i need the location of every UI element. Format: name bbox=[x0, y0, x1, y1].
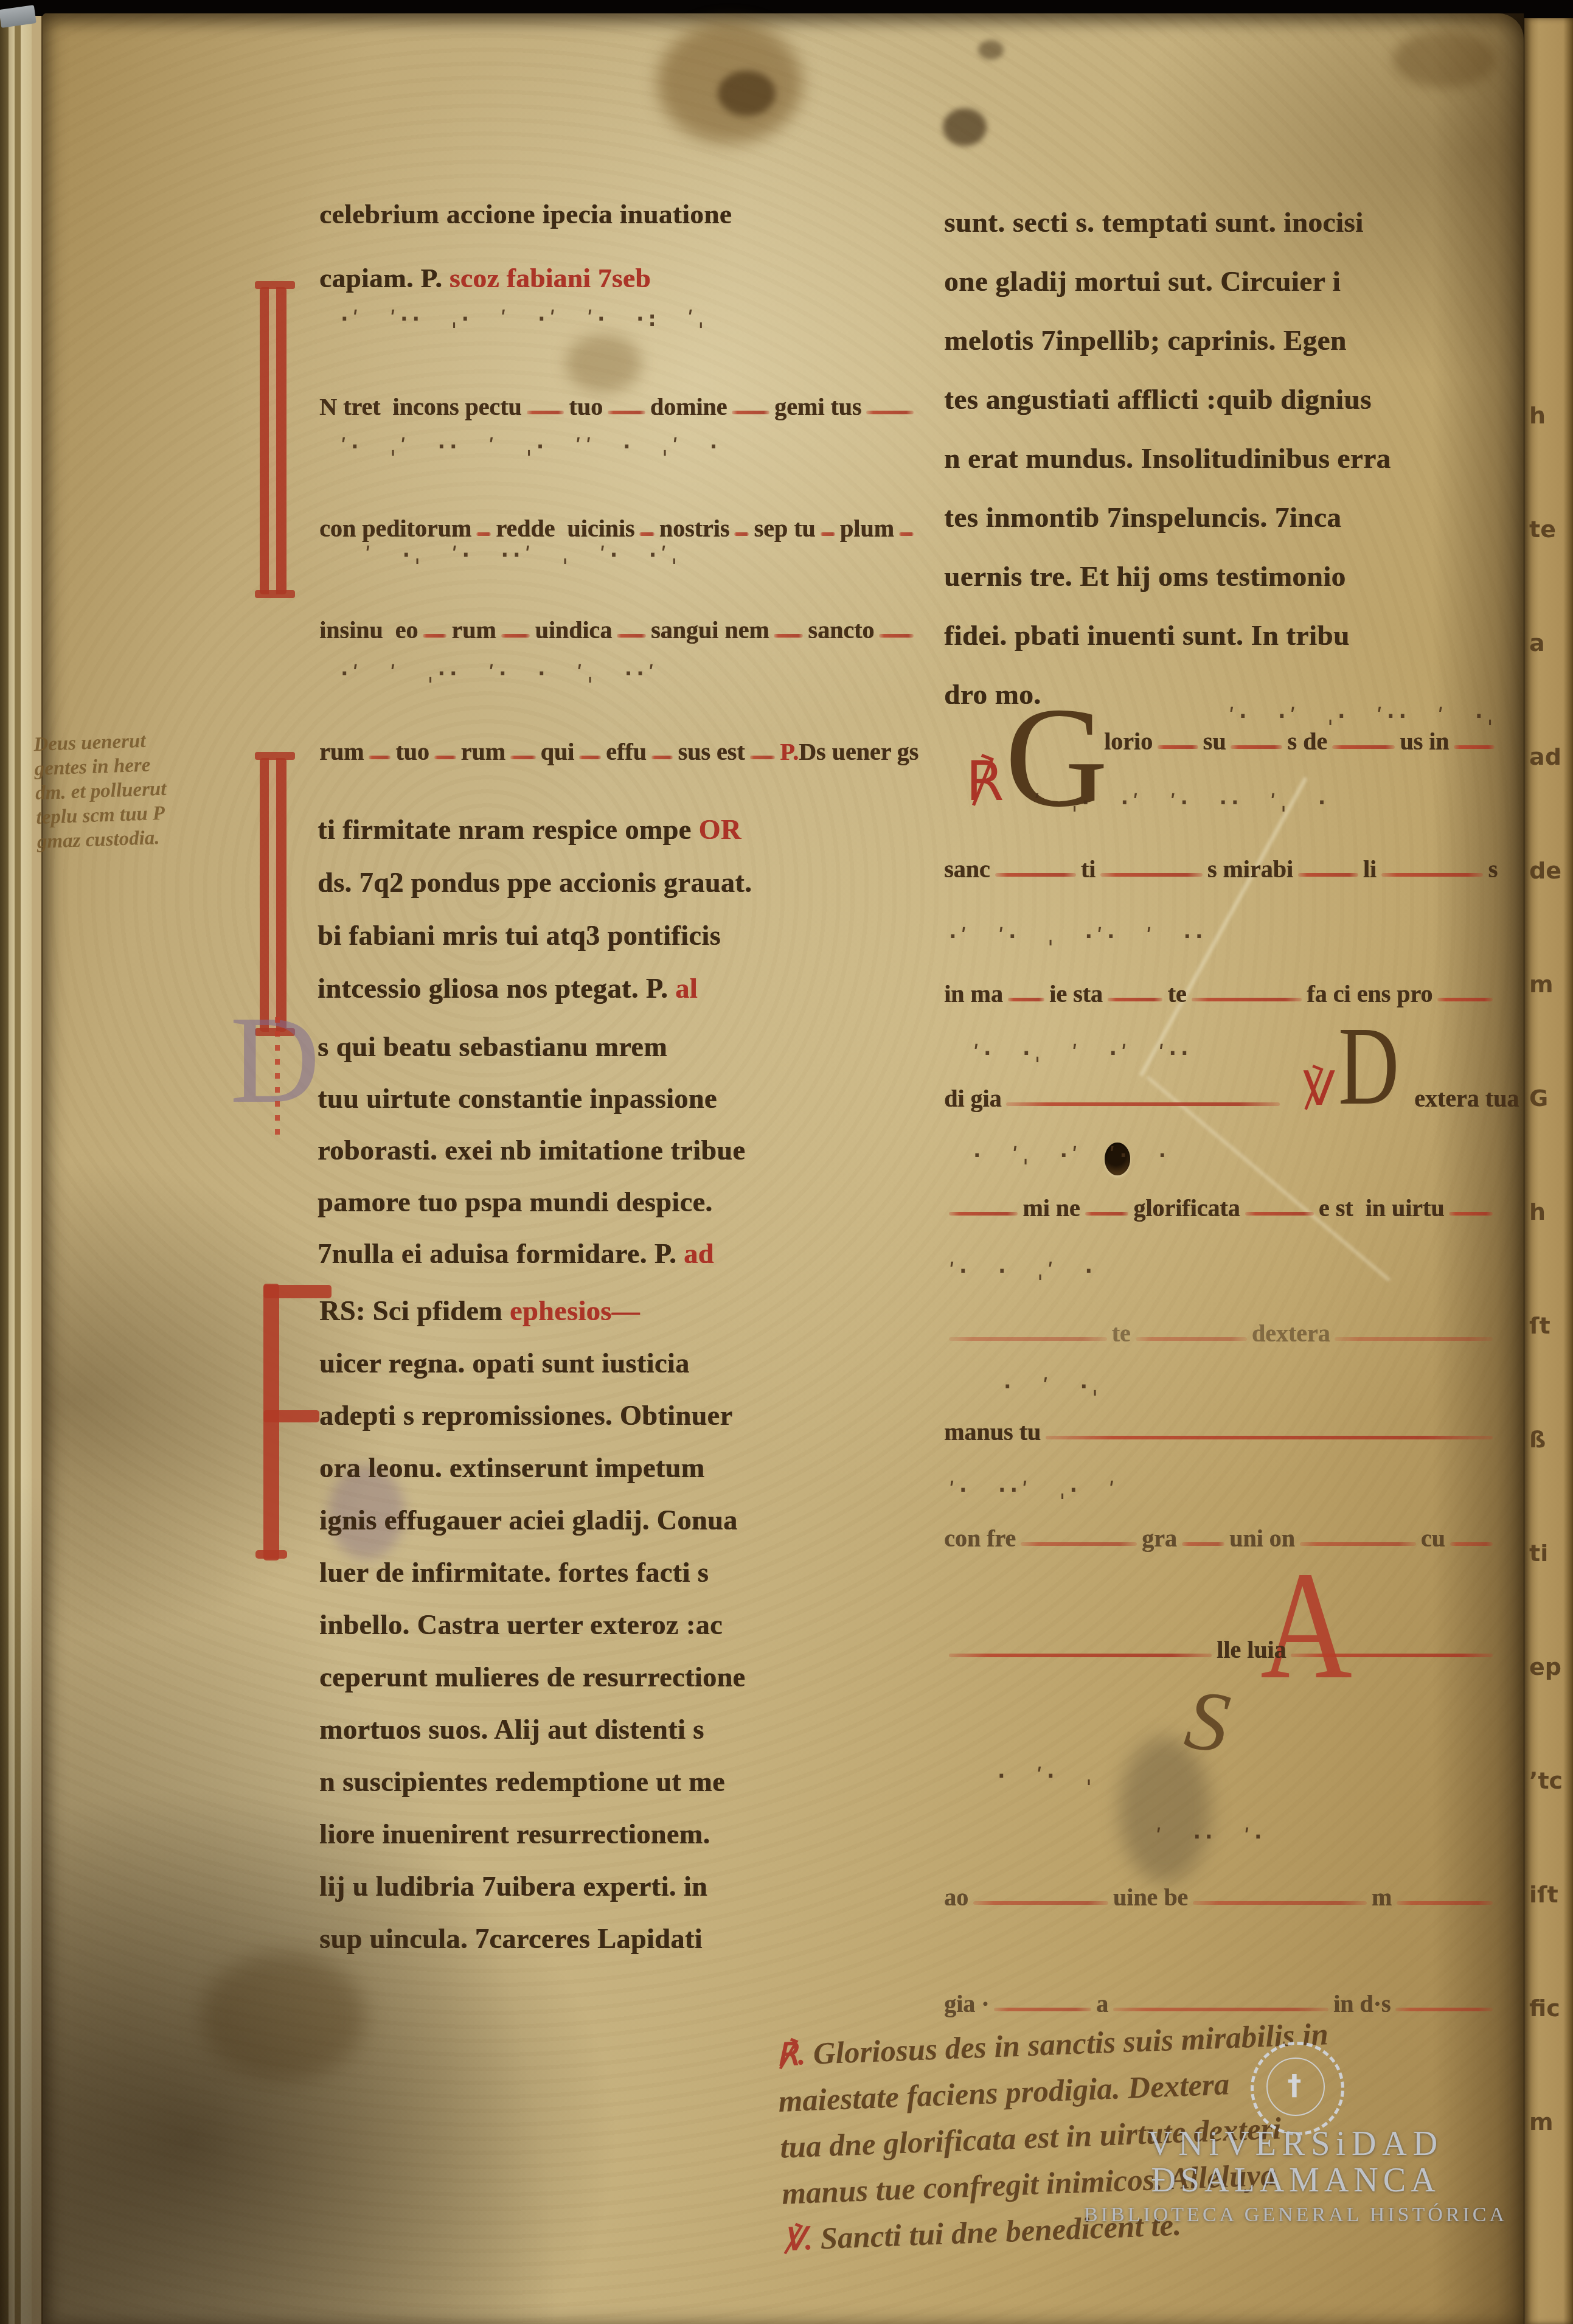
staff-line-segment bbox=[608, 411, 645, 414]
staff-line-segment bbox=[1182, 1542, 1224, 1546]
staff-line-segment bbox=[995, 873, 1076, 877]
staff-line-segment bbox=[1245, 1212, 1314, 1216]
text-line: luer de infirmitate. fortes facti s bbox=[319, 1546, 745, 1599]
collect-sebastian: s qui beatu sebastianu mremtuu uirtute c… bbox=[318, 1021, 745, 1279]
staff-line-segment bbox=[1158, 745, 1198, 749]
chant-text: dextera bbox=[1252, 1319, 1330, 1348]
staff-line-segment bbox=[1298, 873, 1358, 877]
text-line: ſt bbox=[1529, 1269, 1563, 1383]
text-line: lij u ludibria 7uibera experti. in bbox=[319, 1860, 745, 1913]
initial-dot-ornament bbox=[275, 1017, 280, 1142]
chant-text: qui bbox=[541, 737, 575, 766]
chant-text: manus tu bbox=[944, 1418, 1041, 1446]
chant-text: te bbox=[1112, 1319, 1131, 1348]
staff-line-segment bbox=[1291, 1654, 1493, 1657]
chant-line: rumtuorumquieffusus estP.Ds uener gs bbox=[319, 737, 918, 766]
staff-line-segment bbox=[527, 411, 564, 414]
chant-text: rum bbox=[319, 737, 364, 766]
chant-text: sanc bbox=[944, 855, 990, 883]
epistle-text: RS: Sci pfidem ephesios—uicer regna. opa… bbox=[319, 1285, 745, 1965]
text-line: fidei. pbati inuenti sunt. In tribu bbox=[944, 607, 1504, 666]
text-line: te bbox=[1529, 473, 1563, 586]
neume-row: ʹ· ˌʹ ·· ʹ ˌ· ʹʹ · ˌʹ · bbox=[341, 435, 721, 459]
text-line: uicer regna. opati sunt iusticia bbox=[319, 1337, 745, 1390]
chant-text: rum bbox=[461, 737, 505, 766]
staff-line-segment bbox=[434, 756, 456, 759]
chant-text: nostris bbox=[659, 514, 730, 543]
chant-text: s mirabi bbox=[1207, 855, 1293, 883]
chant-text: ti bbox=[1081, 855, 1096, 883]
library-seal-emblem: † bbox=[1266, 2068, 1322, 2101]
chant-text: insinu eo bbox=[319, 616, 418, 644]
staff-line-segment bbox=[1449, 1212, 1493, 1216]
text-line: iſt bbox=[1529, 1838, 1563, 1952]
text-line: m bbox=[1529, 2065, 1563, 2179]
chant-line: N tret incons pectutuodominegemi tus bbox=[319, 392, 918, 421]
text-line: roborasti. exei nb imitatione tribue bbox=[318, 1124, 745, 1176]
chant-text: uindica bbox=[535, 616, 612, 644]
staff-line-segment bbox=[949, 1212, 1018, 1216]
next-folio-glyphs: hteaaddemGhſtßtiepʼtciſtficm bbox=[1529, 359, 1563, 2179]
text-line: n suscipientes redemptione ut me bbox=[319, 1756, 745, 1808]
chant-text: s de bbox=[1287, 727, 1327, 756]
staff-line-segment bbox=[1008, 998, 1044, 1001]
stain bbox=[978, 40, 1004, 60]
right-prose: sunt. secti s. temptati sunt. inocisione… bbox=[944, 193, 1504, 725]
chant-line: con peditorumredde uicinisnostrissep tup… bbox=[319, 514, 918, 543]
chant-text: lorio bbox=[1104, 727, 1153, 756]
chant-line: lle luia bbox=[944, 1635, 1498, 1664]
staff-line-segment bbox=[476, 532, 491, 536]
neume-row: ʹ· ··ʹ ˌ· ʹ bbox=[949, 1478, 1119, 1502]
chant-text: gemi tus bbox=[774, 392, 861, 421]
initial-i-serif bbox=[255, 281, 295, 289]
neume-row: · ʹˌ ·ʹ ʹ· · bbox=[973, 1144, 1170, 1167]
initial-f-arm bbox=[263, 1410, 319, 1422]
chant-text: glorificata bbox=[1133, 1194, 1240, 1222]
stain bbox=[566, 335, 642, 392]
staff-line-segment bbox=[1113, 2008, 1328, 2011]
watermark-library: BIBLIOTECA GENERAL HISTÓRICA bbox=[1034, 2204, 1557, 2227]
staff-line-segment bbox=[1231, 745, 1282, 749]
neume-row: ʹ ·ˌ ʹ· ··ʹ ˌ ʹ· ·ʹˌ bbox=[365, 543, 681, 567]
stain bbox=[943, 108, 987, 146]
neume-row: ʹ· ·ˌ ʹ ·ʹ ʹ·· bbox=[973, 1042, 1193, 1065]
chant-text: ao bbox=[944, 1883, 968, 1912]
chant-text: mi ne bbox=[1023, 1194, 1080, 1222]
staff-line-segment bbox=[1381, 873, 1484, 877]
chant-line: con fregrauni oncu bbox=[944, 1524, 1498, 1553]
collect-fabian: ti firmitate nram respice ompe ORds. 7q2… bbox=[318, 803, 752, 1015]
staff-line-segment bbox=[750, 756, 776, 759]
chant-text: di gia bbox=[944, 1084, 1001, 1113]
text-line: bi fabiani mris tui atq3 pontificis bbox=[318, 909, 752, 962]
chant-text: in ma bbox=[944, 979, 1003, 1008]
chant-text: sancto bbox=[808, 616, 874, 644]
staff-line-segment bbox=[1046, 1436, 1493, 1439]
text-line: sup uincula. 7carceres Lapidati bbox=[319, 1913, 745, 1965]
text-line: ʼtc bbox=[1529, 1724, 1563, 1838]
text-line: 7nulla ei aduisa formidare. P. ad bbox=[318, 1228, 745, 1279]
text-line: intcessio gliosa nos ptegat. P. al bbox=[318, 962, 752, 1015]
staff-line-segment bbox=[1136, 1337, 1247, 1341]
chant-text: rum bbox=[451, 616, 496, 644]
text-line: h bbox=[1529, 359, 1563, 473]
staff-line-segment bbox=[899, 532, 914, 536]
chant-text: s bbox=[1488, 855, 1498, 883]
next-folio-edge: hteaaddemGhſtßtiepʼtciſtficm bbox=[1524, 18, 1573, 2324]
neume-row: ʹ· ·ʹ ˌ· ʹ·· ʹ ·ˌ ʹ· bbox=[1229, 705, 1547, 728]
chant-text: sep tu bbox=[754, 514, 815, 543]
chant-text: sus est bbox=[678, 737, 745, 766]
staff-line-segment bbox=[1397, 1901, 1493, 1905]
chant-text: su bbox=[1203, 727, 1226, 756]
chant-text: lle luia bbox=[1217, 1635, 1286, 1664]
chant-text: gia · bbox=[944, 1989, 989, 2018]
staff-line-segment bbox=[651, 756, 673, 759]
chant-line: di gia bbox=[944, 1084, 1285, 1113]
chant-text: cu bbox=[1421, 1524, 1445, 1553]
text-line: adepti s repromissiones. Obtinuer bbox=[319, 1390, 745, 1442]
neume-row: ʹ ˌ· ·ʹ ʹ· ·· ʹˌ · bbox=[1034, 791, 1330, 815]
initial-d-dextera: D bbox=[1338, 1010, 1399, 1122]
chant-text: uine be bbox=[1113, 1883, 1188, 1912]
text-line: fic bbox=[1529, 1952, 1563, 2065]
text-line: mortuos suos. Alij aut distenti s bbox=[319, 1703, 745, 1756]
chant-line: extera tua do bbox=[1414, 1084, 1499, 1113]
staff-line-segment bbox=[774, 634, 803, 638]
staff-line-segment bbox=[879, 634, 914, 638]
chant-text: us in bbox=[1400, 727, 1449, 756]
chant-line: loriosus deus in bbox=[1104, 727, 1499, 756]
chant-text: plum bbox=[840, 514, 894, 543]
chant-text: con fre bbox=[944, 1524, 1016, 1553]
neume-row: ʹ· · ˌʹ · bbox=[949, 1259, 1097, 1283]
chant-text: tuo bbox=[395, 737, 429, 766]
chant-rubric: P. bbox=[780, 737, 799, 766]
text-line: sunt. secti s. temptati sunt. inocisi bbox=[944, 193, 1504, 252]
staff-line-segment bbox=[617, 634, 646, 638]
staff-line-segment bbox=[994, 2008, 1091, 2011]
text-line: RS: Sci pfidem ephesios— bbox=[319, 1285, 745, 1337]
staff-line-segment bbox=[639, 532, 654, 536]
chant-text: ie sta bbox=[1049, 979, 1103, 1008]
watermark-salamanca: ÐSALAMANCA bbox=[1107, 2161, 1484, 2200]
respond-mark: ℟ bbox=[966, 750, 1004, 813]
staff-line-segment bbox=[1450, 1542, 1493, 1546]
staff-line-segment bbox=[1085, 1212, 1129, 1216]
staff-line-segment bbox=[949, 1654, 1212, 1657]
neume-row: ʹ ·· ʹ· bbox=[1156, 1825, 1266, 1849]
chant-text: gra bbox=[1142, 1524, 1177, 1553]
chant-line-faded: aouine bem bbox=[944, 1883, 1498, 1912]
staff-line-segment bbox=[579, 756, 601, 759]
margin-gloss: Deus uenerutgentes in heredm. et polluer… bbox=[33, 725, 251, 854]
staff-line-segment bbox=[1193, 1901, 1367, 1905]
chant-line-faded: tedextera bbox=[944, 1319, 1498, 1348]
staff-line-segment bbox=[1021, 1542, 1137, 1546]
initial-a-alleluia: A bbox=[1260, 1548, 1352, 1703]
text-line: uernis tre. Et hij oms testimonio bbox=[944, 548, 1504, 607]
text-line: ad bbox=[1529, 700, 1563, 814]
text-line: s qui beatu sebastianu mrem bbox=[318, 1021, 745, 1073]
stain bbox=[1393, 30, 1496, 88]
text-line: one gladij mortui sut. Circuier i bbox=[944, 252, 1504, 311]
left-header-lines: celebrium accione ipecia inuationecapiam… bbox=[319, 183, 732, 310]
text-line: m bbox=[1529, 928, 1563, 1042]
staff-line-segment bbox=[501, 634, 530, 638]
staff-line-segment bbox=[734, 532, 749, 536]
text-line: ep bbox=[1529, 1610, 1563, 1724]
chant-text: a bbox=[1096, 1989, 1108, 2018]
chant-text: con peditorum bbox=[319, 514, 471, 543]
chant-text: domine bbox=[650, 392, 727, 421]
staff-line-segment bbox=[1108, 998, 1163, 1001]
staff-line-segment bbox=[1332, 745, 1395, 749]
text-line: ora leonu. extinserunt impetum bbox=[319, 1442, 745, 1494]
text-line: tes inmontib 7inspeluncis. 7inca bbox=[944, 489, 1504, 548]
staff-line-segment bbox=[1006, 1102, 1280, 1106]
stain bbox=[718, 71, 776, 116]
chant-text: e st in uirtu bbox=[1319, 1194, 1445, 1222]
text-line: melotis 7inpellib; caprinis. Egen bbox=[944, 311, 1504, 371]
staff-line-segment bbox=[821, 532, 835, 536]
text-line: capiam. P. scoz fabiani 7seb bbox=[319, 246, 732, 310]
neume-row: ·ʹ ʹ· ˌ ·ʹ· ʹ ·· bbox=[949, 925, 1207, 948]
chant-text: m bbox=[1372, 1883, 1392, 1912]
chant-line: mi neglorificatae st in uirtu bbox=[944, 1194, 1498, 1222]
initial-i-serif bbox=[255, 590, 295, 598]
text-line: tuu uirtute constantie inpassione bbox=[318, 1073, 745, 1124]
chant-text: li bbox=[1363, 855, 1377, 883]
text-line: tes angustiati afflicti :quib dignius bbox=[944, 371, 1504, 430]
text-line: ceperunt mulieres de resurrectione bbox=[319, 1651, 745, 1703]
text-line: G bbox=[1529, 1042, 1563, 1155]
chant-text: Ds uener gs bbox=[799, 737, 918, 766]
chant-text: N tret incons pectu bbox=[319, 392, 522, 421]
staff-line-segment bbox=[732, 411, 769, 414]
text-line: liore inuenirent resurrectionem. bbox=[319, 1808, 745, 1860]
initial-i-red bbox=[260, 287, 286, 594]
chant-line: sanctis mirabilis bbox=[944, 855, 1498, 883]
text-line: ti firmitate nram respice ompe OR bbox=[318, 803, 752, 856]
neume-row: ·ʹ ʹ·· ˌ· ʹ ·ʹ ʹ· ·: ʹˌ bbox=[341, 307, 708, 331]
chant-text: tuo bbox=[569, 392, 603, 421]
text-line: inbello. Castra uerter exteroz :ac bbox=[319, 1599, 745, 1651]
staff-line-segment bbox=[510, 756, 536, 759]
staff-line-segment bbox=[1192, 998, 1302, 1001]
watermark-university: VNiVERSiDAD bbox=[1107, 2124, 1484, 2163]
text-line: ignis effugauer aciei gladij. Conua bbox=[319, 1494, 745, 1546]
text-line: ti bbox=[1529, 1497, 1563, 1610]
neume-row: · ʹ· ˌ bbox=[998, 1764, 1096, 1788]
staff-line-segment bbox=[973, 1901, 1108, 1905]
text-line: n erat mundus. Insolitudinibus erra bbox=[944, 430, 1504, 489]
text-line: ß bbox=[1529, 1383, 1563, 1497]
staff-line-segment bbox=[1454, 745, 1495, 749]
staff-line-segment bbox=[1437, 998, 1493, 1001]
neume-row: · ʹ ·ˌ bbox=[1004, 1375, 1102, 1399]
neume-row: ·ʹ ʹ ˌ·· ʹ· · ʹˌ ··ʹ bbox=[341, 662, 659, 686]
versicle-mark: ℣ bbox=[1303, 1062, 1335, 1116]
chant-line: insinu eorumuindicasangui nemsancto bbox=[319, 616, 918, 644]
chant-text: redde uicinis bbox=[496, 514, 634, 543]
staff-line-segment bbox=[866, 411, 914, 414]
initial-i-serif bbox=[255, 752, 295, 760]
staff-line-segment bbox=[369, 756, 391, 759]
chant-line: manus tu bbox=[944, 1418, 1498, 1446]
chant-text: te bbox=[1167, 979, 1186, 1008]
chant-line: in maie statefa ci ens pro bbox=[944, 979, 1498, 1008]
staff-line-segment bbox=[949, 1337, 1107, 1341]
staff-line-segment bbox=[1100, 873, 1203, 877]
manuscript-photo: celebrium accione ipecia inuationecapiam… bbox=[0, 0, 1573, 2324]
text-line: pamore tuo pspa mundi despice. bbox=[318, 1176, 745, 1228]
chant-text: effu bbox=[606, 737, 647, 766]
text-line: h bbox=[1529, 1155, 1563, 1269]
text-line: ds. 7q2 pondus ppe accionis grauat. bbox=[318, 856, 752, 909]
text-line: a bbox=[1529, 586, 1563, 700]
staff-line-segment bbox=[1335, 1337, 1493, 1341]
text-line: de bbox=[1529, 814, 1563, 928]
chant-text: sangui nem bbox=[651, 616, 769, 644]
text-line: celebrium accione ipecia inuatione bbox=[319, 183, 732, 246]
initial-f-foot bbox=[255, 1550, 287, 1559]
staff-line-segment bbox=[423, 634, 446, 638]
